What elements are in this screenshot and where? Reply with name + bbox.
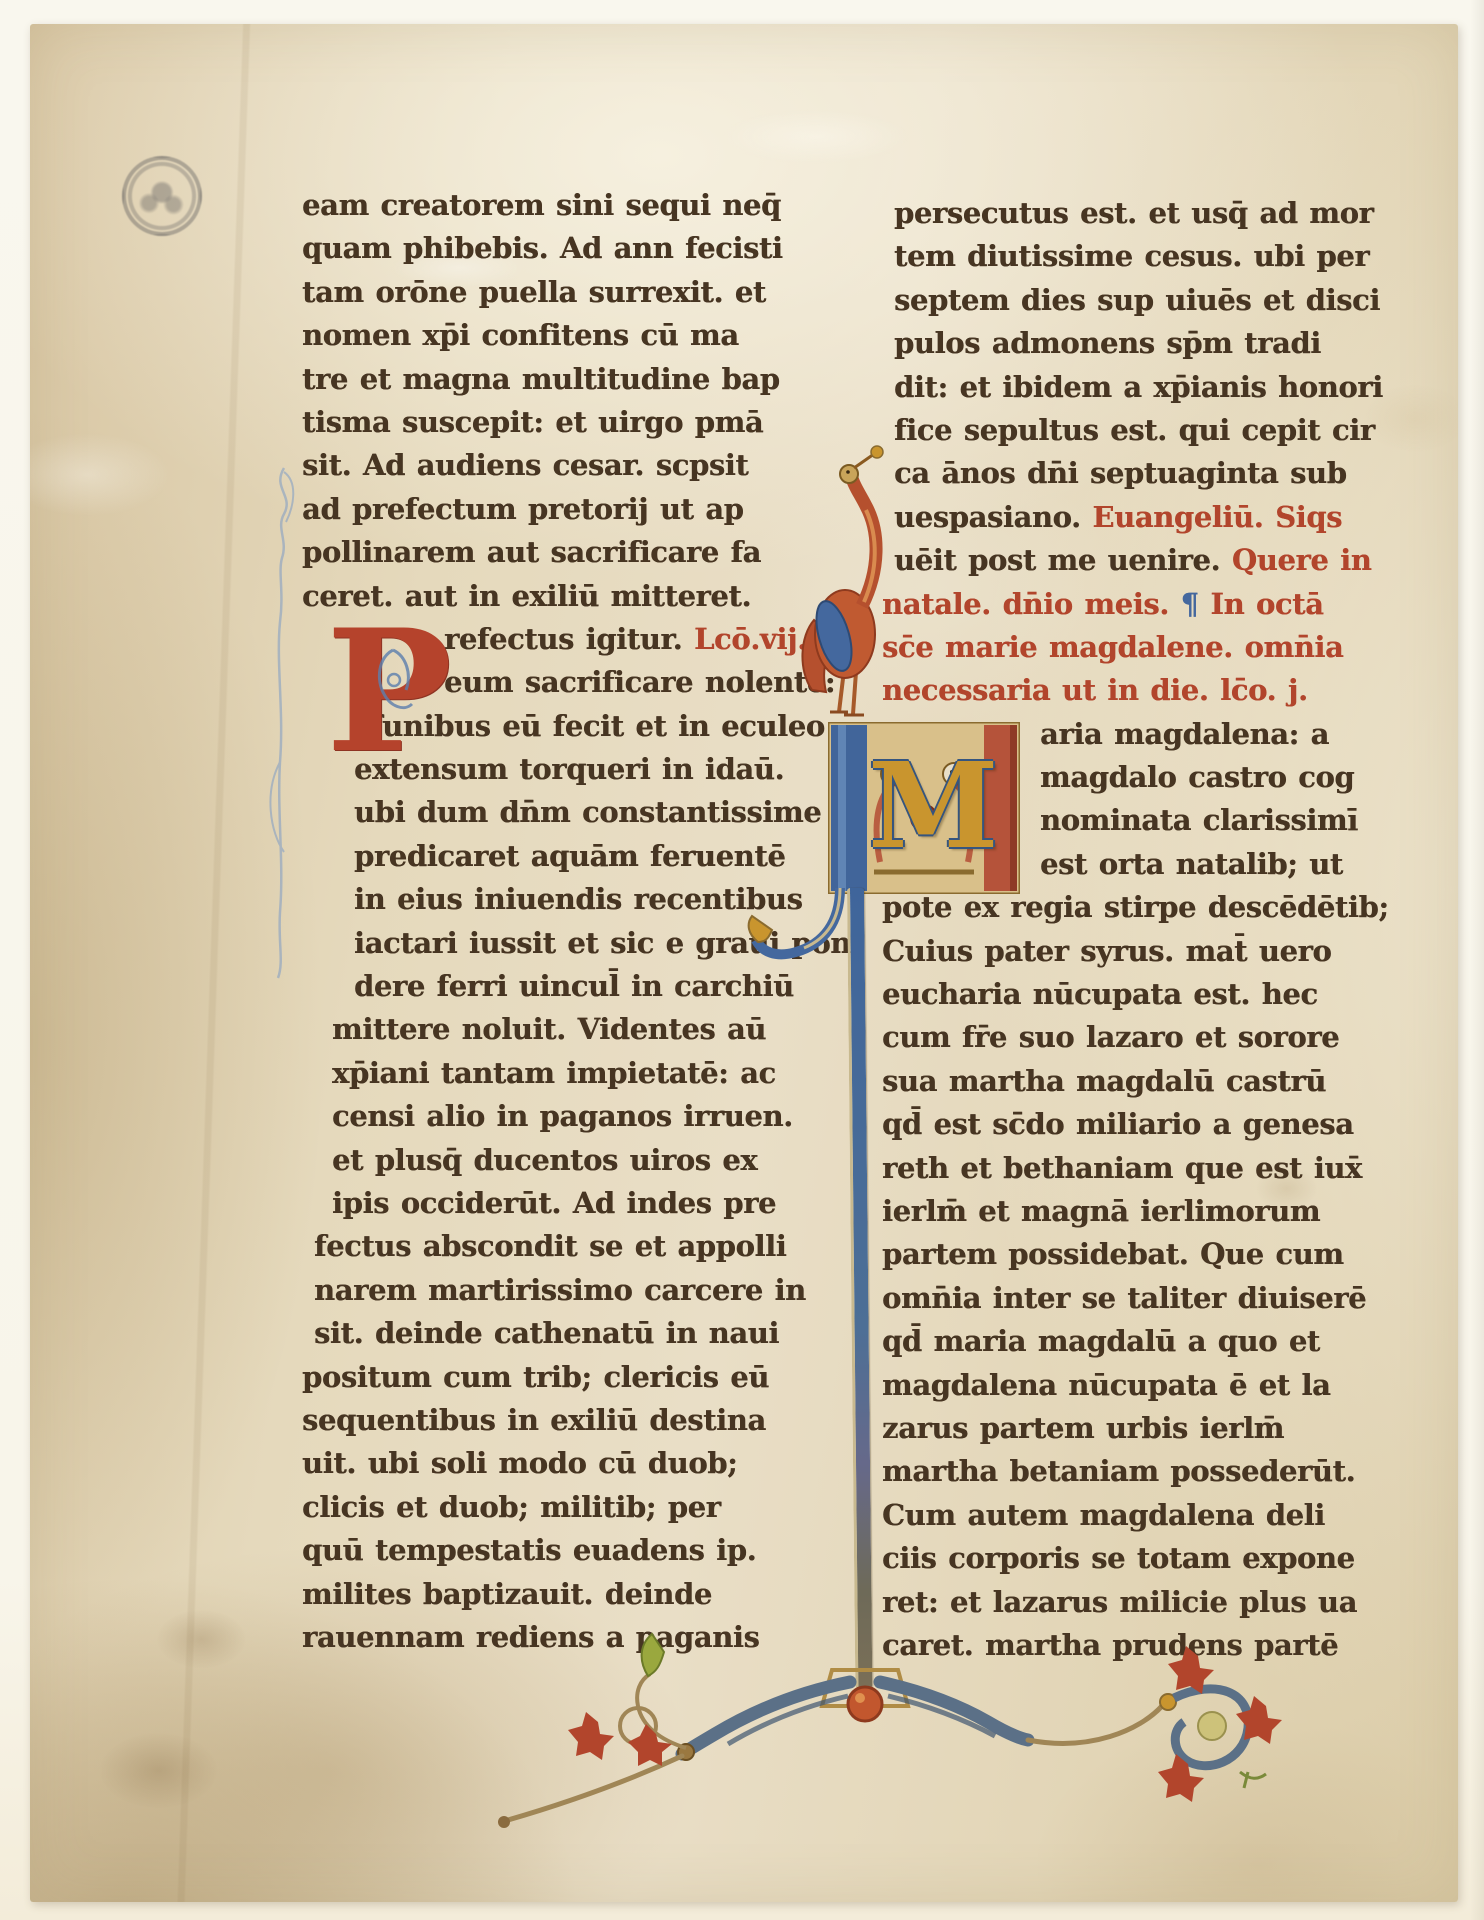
body-text: omn̄ia inter se taliter diuiserē: [882, 1281, 1366, 1315]
body-text: dere ferri uincul̄ in carchiū: [354, 969, 794, 1003]
body-text: tre et magna multitudine bap: [302, 362, 780, 396]
body-text: magdalo castro cog: [1040, 760, 1354, 794]
library-stamp-icon: [122, 156, 202, 236]
text-line: clicis et duob; militib; per: [302, 1486, 822, 1529]
text-line: et plusq̄ ducentos uiros ex: [332, 1139, 822, 1182]
text-line: partem possidebat. Que cum: [882, 1233, 1357, 1276]
text-line: tre et magna multitudine bap: [302, 358, 822, 401]
paraph-mark: ¶: [1181, 587, 1199, 621]
photo-backdrop: eam creatorem sini sequi neq̄quam phibeb…: [0, 0, 1484, 1920]
body-text: uēit post me uenire.: [894, 543, 1232, 577]
text-line: nominata clarissimī: [1040, 799, 1357, 842]
text-line: persecutus est. et usq̄ ad mor: [894, 192, 1357, 235]
bird-marginalia-icon: [782, 438, 900, 728]
body-text: ierlm̄ et magnā ierlimorum: [882, 1194, 1320, 1228]
rubric-text: natale. dn̄io meis.: [882, 587, 1181, 621]
rubric-text: necessaria ut in die. lc̄o. j.: [882, 673, 1308, 707]
manuscript-page: eam creatorem sini sequi neq̄quam phibeb…: [30, 24, 1458, 1902]
text-line: uēit post me uenire. Quere in: [894, 539, 1357, 582]
body-text: quam phibebis. Ad ann fecisti: [302, 231, 783, 265]
body-text: persecutus est. et usq̄ ad mor: [894, 196, 1373, 230]
text-line: natale. dn̄io meis. ¶ In octā: [882, 583, 1357, 626]
text-line: positum cum trib; clericis eū: [302, 1356, 822, 1399]
text-line: sit. Ad audiens cesar. scpsit: [302, 444, 822, 487]
body-text: pote ex regia stirpe descēdētib;: [882, 890, 1389, 924]
text-line: omn̄ia inter se taliter diuiserē: [882, 1277, 1357, 1320]
text-line: cum fr̄e suo lazaro et sorore: [882, 1016, 1357, 1059]
body-text: xp̄iani tantam impietatē: ac: [332, 1056, 776, 1090]
body-text: qd̄ maria magdalū a quo et: [882, 1324, 1320, 1358]
body-text: sit. deinde cathenatū in naui: [314, 1316, 779, 1350]
text-column-right: persecutus est. et usq̄ ad mortem diutis…: [882, 192, 1357, 1667]
body-text: ciis corporis se totam expone: [882, 1541, 1355, 1575]
body-text: aria magdalena: a: [1040, 717, 1329, 751]
text-line: ad prefectum pretorij ut ap: [302, 488, 822, 531]
text-line: magdalena nūcupata ē et la: [882, 1364, 1357, 1407]
body-text: et plusq̄ ducentos uiros ex: [332, 1143, 757, 1177]
text-line: pollinarem aut sacrificare fa: [302, 531, 822, 574]
body-text: cum fr̄e suo lazaro et sorore: [882, 1020, 1339, 1054]
text-line: Cuius pater syrus. mat̄ uero: [882, 930, 1357, 973]
body-text: ca ānos dn̄i septuaginta sub: [894, 456, 1347, 490]
body-text: ad prefectum pretorij ut ap: [302, 492, 744, 526]
body-text: eucharia nūcupata est. hec: [882, 977, 1318, 1011]
body-text: qd̄ est sc̄do miliario a genesa: [882, 1107, 1354, 1141]
body-text: clicis et duob; militib; per: [302, 1490, 721, 1524]
text-line: tem diutissime cesus. ubi per: [894, 235, 1357, 278]
body-text: zarus partem urbis ierlm̄: [882, 1411, 1284, 1445]
body-text: magdalena nūcupata ē et la: [882, 1368, 1330, 1402]
body-text: eam creatorem sini sequi neq̄: [302, 188, 781, 222]
body-text: Cuius pater syrus. mat̄ uero: [882, 934, 1331, 968]
body-text: reth et bethaniam que est iux̄: [882, 1151, 1362, 1185]
text-line: uespasiano. Euangeliū. Siqs: [894, 496, 1357, 539]
initial-p-filigree-icon: [364, 646, 422, 720]
body-text: fice sepultus est. qui cepit cir: [894, 413, 1375, 447]
body-text: milites baptizauit. deinde: [302, 1577, 712, 1611]
text-line: eum sacrificare nolente:: [444, 661, 822, 704]
body-text: dit: et ibidem a xp̄ianis honori: [894, 370, 1383, 404]
text-line: quam phibebis. Ad ann fecisti: [302, 227, 822, 270]
body-text: refectus igitur.: [444, 622, 694, 656]
body-text: nominata clarissimī: [1040, 803, 1358, 837]
text-line: dit: et ibidem a xp̄ianis honori: [894, 366, 1357, 409]
body-text: uit. ubi soli modo cū duob;: [302, 1446, 737, 1480]
text-line: fectus abscondit se et appolli: [314, 1225, 822, 1268]
illuminated-initial-panel: M: [828, 722, 1020, 894]
text-line: magdalo castro cog: [1040, 756, 1357, 799]
text-line: sua martha magdalū castrū: [882, 1060, 1357, 1103]
body-text: ipis occiderūt. Ad indes pre: [332, 1186, 776, 1220]
body-text: sua martha magdalū castrū: [882, 1064, 1326, 1098]
text-line: sit. deinde cathenatū in naui: [314, 1312, 822, 1355]
text-line: mittere noluit. Videntes aū: [332, 1008, 822, 1051]
text-line: eucharia nūcupata est. hec: [882, 973, 1357, 1016]
body-text: positum cum trib; clericis eū: [302, 1360, 769, 1394]
body-text: censi alio in paganos irruen.: [332, 1099, 793, 1133]
text-line: ubi dum dn̄m constantissime: [354, 791, 822, 834]
body-text: fectus abscondit se et appolli: [314, 1229, 786, 1263]
text-line: ret: et lazarus milicie plus ua: [882, 1581, 1357, 1624]
text-line: uit. ubi soli modo cū duob;: [302, 1442, 822, 1485]
text-line: sequentibus in exiliū destina: [302, 1399, 822, 1442]
body-text: est orta natalib; ut: [1040, 847, 1343, 881]
body-text: ret: et lazarus milicie plus ua: [882, 1585, 1357, 1619]
rubric-text: Quere in: [1232, 543, 1372, 577]
text-line: ipis occiderūt. Ad indes pre: [332, 1182, 822, 1225]
body-text: ubi dum dn̄m constantissime: [354, 795, 821, 829]
rubric-text: sc̄e marie magdalene. omn̄ia: [882, 630, 1343, 664]
body-text: tam orōne puella surrexit. et: [302, 275, 766, 309]
body-text: pulos admonens sp̄m tradi: [894, 326, 1321, 360]
body-text: sequentibus in exiliū destina: [302, 1403, 766, 1437]
text-line: est orta natalib; ut: [1040, 843, 1357, 886]
text-line: pulos admonens sp̄m tradi: [894, 322, 1357, 365]
rubric-text: In octā: [1199, 587, 1324, 621]
text-line: tisma suscepit: et uirgo pmā: [302, 401, 822, 444]
body-text: mittere noluit. Videntes aū: [332, 1012, 766, 1046]
text-line: ierlm̄ et magnā ierlimorum: [882, 1190, 1357, 1233]
text-line: reth et bethaniam que est iux̄: [882, 1147, 1357, 1190]
body-text: quū tempestatis euadens ip.: [302, 1533, 756, 1567]
text-line: ca ānos dn̄i septuaginta sub: [894, 452, 1357, 495]
body-text: tem diutissime cesus. ubi per: [894, 239, 1369, 273]
body-text: narem martirissimo carcere in: [314, 1273, 806, 1307]
initial-m-letter: M: [868, 736, 988, 876]
body-text: eum sacrificare nolente:: [444, 665, 835, 699]
text-line: septem dies sup uiuēs et disci: [894, 279, 1357, 322]
panel-hook-ornament-icon: [744, 882, 864, 992]
body-text: martha betaniam possederūt.: [882, 1454, 1355, 1488]
text-line: zarus partem urbis ierlm̄: [882, 1407, 1357, 1450]
body-text: nomen xp̄i confitens cū ma: [302, 318, 739, 352]
text-line: xp̄iani tantam impietatē: ac: [332, 1052, 822, 1095]
text-line: predicaret aquām feruentē: [354, 835, 822, 878]
text-line: censi alio in paganos irruen.: [332, 1095, 822, 1138]
text-line: quū tempestatis euadens ip.: [302, 1529, 822, 1572]
text-line: necessaria ut in die. lc̄o. j.: [882, 669, 1357, 712]
text-line: milites baptizauit. deinde: [302, 1573, 822, 1616]
body-text: uespasiano.: [894, 500, 1092, 534]
body-text: sit. Ad audiens cesar. scpsit: [302, 448, 748, 482]
body-text: pollinarem aut sacrificare fa: [302, 535, 761, 569]
body-text: partem possidebat. Que cum: [882, 1237, 1344, 1271]
text-line: eam creatorem sini sequi neq̄: [302, 184, 822, 227]
text-line: qd̄ maria magdalū a quo et: [882, 1320, 1357, 1363]
text-line: tam orōne puella surrexit. et: [302, 271, 822, 314]
body-text: in eius iniuendis recentibus: [354, 882, 802, 916]
text-line: martha betaniam possederūt.: [882, 1450, 1357, 1493]
text-line: ciis corporis se totam expone: [882, 1537, 1357, 1580]
text-line: narem martirissimo carcere in: [314, 1269, 822, 1312]
text-line: qd̄ est sc̄do miliario a genesa: [882, 1103, 1357, 1146]
body-text: Cum autem magdalena deli: [882, 1498, 1325, 1532]
body-text: tisma suscepit: et uirgo pmā: [302, 405, 763, 439]
text-line: aria magdalena: a: [1040, 713, 1357, 756]
body-text: septem dies sup uiuēs et disci: [894, 283, 1380, 317]
text-line: fice sepultus est. qui cepit cir: [894, 409, 1357, 452]
text-line: sc̄e marie magdalene. omn̄ia: [882, 626, 1357, 669]
text-line: Cum autem magdalena deli: [882, 1494, 1357, 1537]
text-line: nomen xp̄i confitens cū ma: [302, 314, 822, 357]
rubric-text: Euangeliū. Siqs: [1092, 500, 1342, 534]
body-text: predicaret aquām feruentē: [354, 839, 785, 873]
foliate-ornament-bottom-icon: [460, 1622, 1310, 1852]
text-line: refectus igitur. Lcō.vij.: [444, 618, 822, 661]
descender-bar-ornament: [847, 888, 872, 1688]
